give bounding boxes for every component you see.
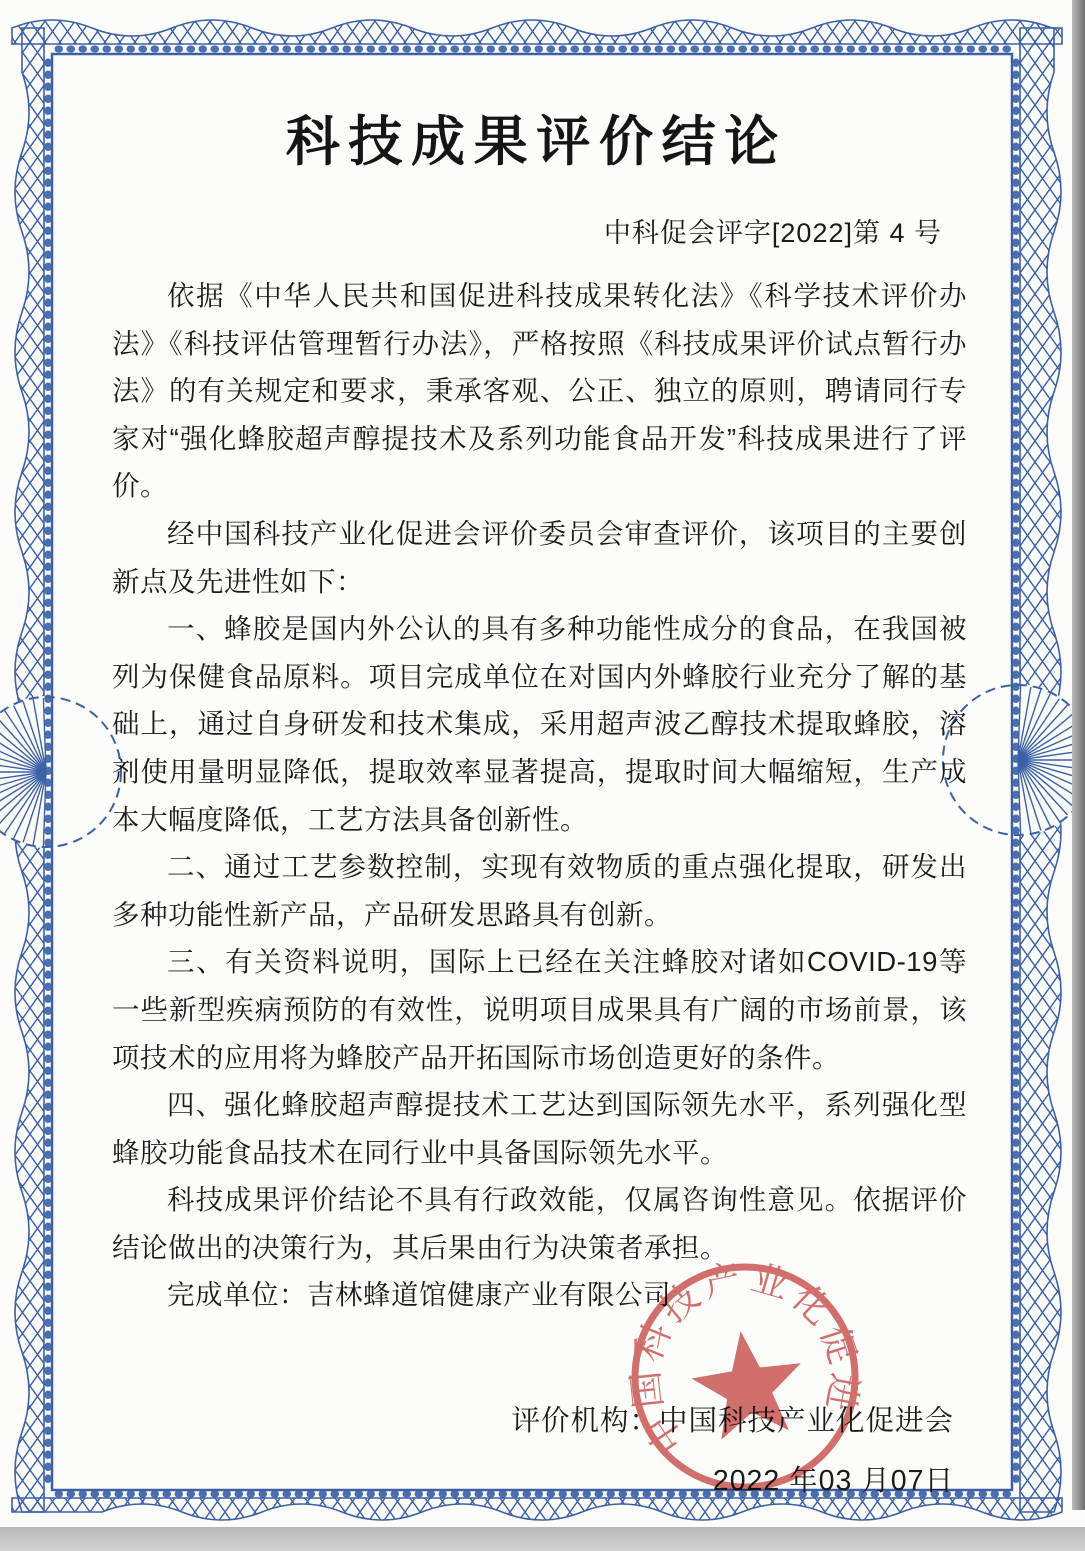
official-seal: 中国科技产业化促进会 [626, 1258, 864, 1496]
document-title: 科技成果评价结论 [52, 110, 1012, 174]
paragraph-point-3: 三、有关资料说明，国际上已经在关注蜂胶对诸如COVID-19等一些新型疾病预防的… [112, 938, 967, 1081]
paragraph-point-1: 一、蜂胶是国内外公认的具有多种功能性成分的食品，在我国被列为保健食品原料。项目完… [112, 605, 967, 843]
paragraph-legal-basis: 依据《中华人民共和国促进科技成果转化法》《科学技术评价办法》《科技评估管理暂行办… [112, 272, 967, 510]
star-icon [686, 1323, 810, 1442]
document-number: 中科促会评字[2022]第 4 号 [52, 216, 1012, 250]
border-band-top [12, 20, 1062, 44]
paragraph-point-2: 二、通过工艺参数控制，实现有效物质的重点强化提取，研发出多种功能性新产品，产品研… [112, 843, 967, 938]
paragraph-review-intro: 经中国科技产业化促进会评价委员会审查评价，该项目的主要创新点及先进性如下： [112, 510, 967, 605]
certificate-page: 科技成果评价结论 中科促会评字[2022]第 4 号 依据《中华人民共和国促进科… [0, 0, 1085, 1551]
paragraph-point-4: 四、强化蜂胶超声醇提技术工艺达到国际领先水平，系列强化型蜂胶功能食品技术在同行业… [112, 1081, 967, 1176]
scan-edge-right [1072, 0, 1085, 1510]
document-content: 科技成果评价结论 中科促会评字[2022]第 4 号 依据《中华人民共和国促进科… [52, 54, 1012, 1490]
signature-block: 评价机构：中国科技产业化促进会 2022 年03 月07日 [52, 1397, 1012, 1503]
scan-edge-bottom [0, 1527, 1085, 1551]
document-body: 依据《中华人民共和国促进科技成果转化法》《科学技术评价办法》《科技评估管理暂行办… [52, 272, 1012, 1319]
